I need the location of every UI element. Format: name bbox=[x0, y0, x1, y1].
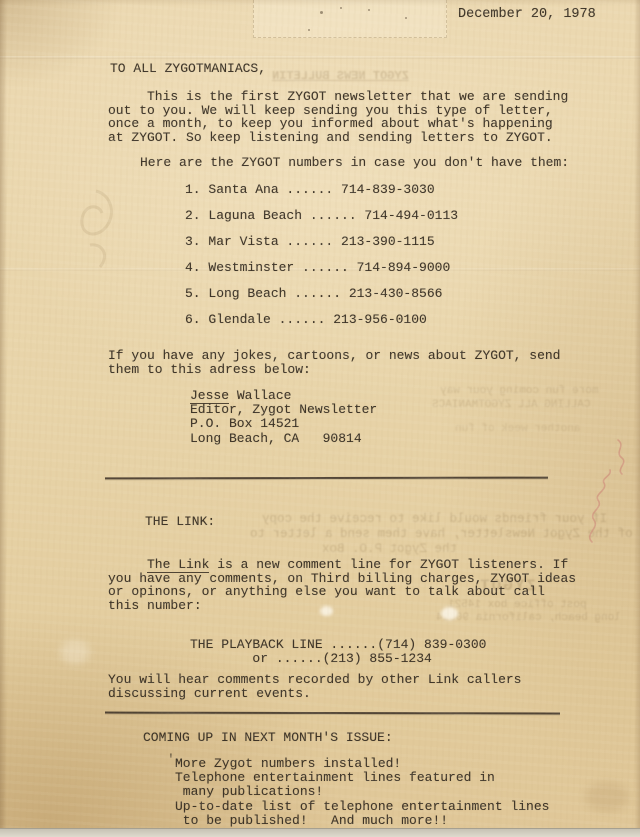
playback-lines: THE PLAYBACK LINE ......(714) 839-0300 o… bbox=[190, 638, 486, 666]
numbers-intro: Here are the ZYGOT numbers in case you d… bbox=[140, 156, 569, 170]
speck bbox=[368, 9, 370, 11]
scanner-bed-edge bbox=[0, 828, 640, 837]
divider bbox=[105, 712, 560, 715]
intro-paragraph: This is the first ZYGOT newsletter that … bbox=[108, 90, 568, 145]
phone-list-item: 3. Mar Vista ...... 213-390-1115 bbox=[185, 235, 435, 249]
link-paragraph-rest: you have any comments, on Third billing … bbox=[108, 572, 576, 613]
red-pencil-scribble bbox=[572, 436, 636, 548]
bleedthrough-line: If your friends would like to receive th… bbox=[262, 512, 607, 526]
smudge bbox=[60, 640, 90, 664]
address-name-rest: Wallace bbox=[229, 388, 291, 403]
address-block: Jesse WallaceEditor, Zygot NewsletterP.O… bbox=[190, 389, 377, 446]
bleedthrough-line: another week of fun bbox=[455, 423, 580, 435]
stray-tick-mark: ' bbox=[167, 753, 175, 767]
phone-list-item: 4. Westminster ...... 714-894-9000 bbox=[185, 261, 450, 275]
salutation: TO ALL ZYGOTMANIACS, bbox=[110, 62, 266, 76]
speck bbox=[308, 29, 310, 31]
fold-crease bbox=[0, 56, 640, 59]
address-role: Editor, Zygot Newsletter bbox=[190, 402, 377, 417]
link-paragraph-first-line: The Link is a new comment line for ZYGOT… bbox=[108, 558, 568, 572]
bleedthrough-line: of the Zygot Newsletter, have them send … bbox=[250, 527, 633, 541]
scanned-newsletter-page: ZYGOT NEWS BULLETIN more fun coming your… bbox=[0, 0, 640, 837]
tape-residue bbox=[253, 0, 447, 38]
bleedthrough-line: CALLING ALL ZYGOTMANIACS bbox=[432, 399, 590, 411]
address-po-box: P.O. Box 14521 bbox=[190, 416, 299, 431]
phone-list-item: 6. Glendale ...... 213-956-0100 bbox=[185, 313, 427, 327]
phone-list-item: 2. Laguna Beach ...... 714-494-0113 bbox=[185, 209, 458, 223]
smudge bbox=[585, 782, 629, 812]
speck bbox=[320, 11, 323, 14]
coming-up-list: More Zygot numbers installed! Telephone … bbox=[175, 757, 549, 828]
date-line: December 20, 1978 bbox=[458, 8, 596, 22]
speck bbox=[405, 17, 407, 19]
speck bbox=[340, 7, 342, 9]
address-city-zip: Long Beach, CA 90814 bbox=[190, 431, 362, 446]
bleedthrough-line: the Zygot P.O. Box bbox=[322, 542, 457, 556]
phone-list-item: 1. Santa Ana ...... 714-839-3030 bbox=[185, 183, 435, 197]
link-first-line-rest: is a new comment line for ZYGOT listener… bbox=[209, 557, 568, 572]
bleedthrough-line: long beach, california 90814 bbox=[436, 612, 621, 624]
jokes-paragraph: If you have any jokes, cartoons, or news… bbox=[108, 349, 560, 376]
divider bbox=[105, 477, 548, 480]
doodle-bleedthrough bbox=[72, 185, 122, 275]
bleedthrough-line: ZYGOT NEWS BULLETIN bbox=[272, 69, 409, 83]
phone-list-item: 5. Long Beach ...... 213-430-8566 bbox=[185, 287, 442, 301]
bleedthrough-line: more fun coming your way bbox=[440, 385, 598, 397]
coming-up-heading: COMING UP IN NEXT MONTH'S ISSUE: bbox=[143, 731, 393, 745]
link-heading: THE LINK: bbox=[145, 515, 215, 529]
link-outro: You will hear comments recorded by other… bbox=[108, 673, 521, 701]
